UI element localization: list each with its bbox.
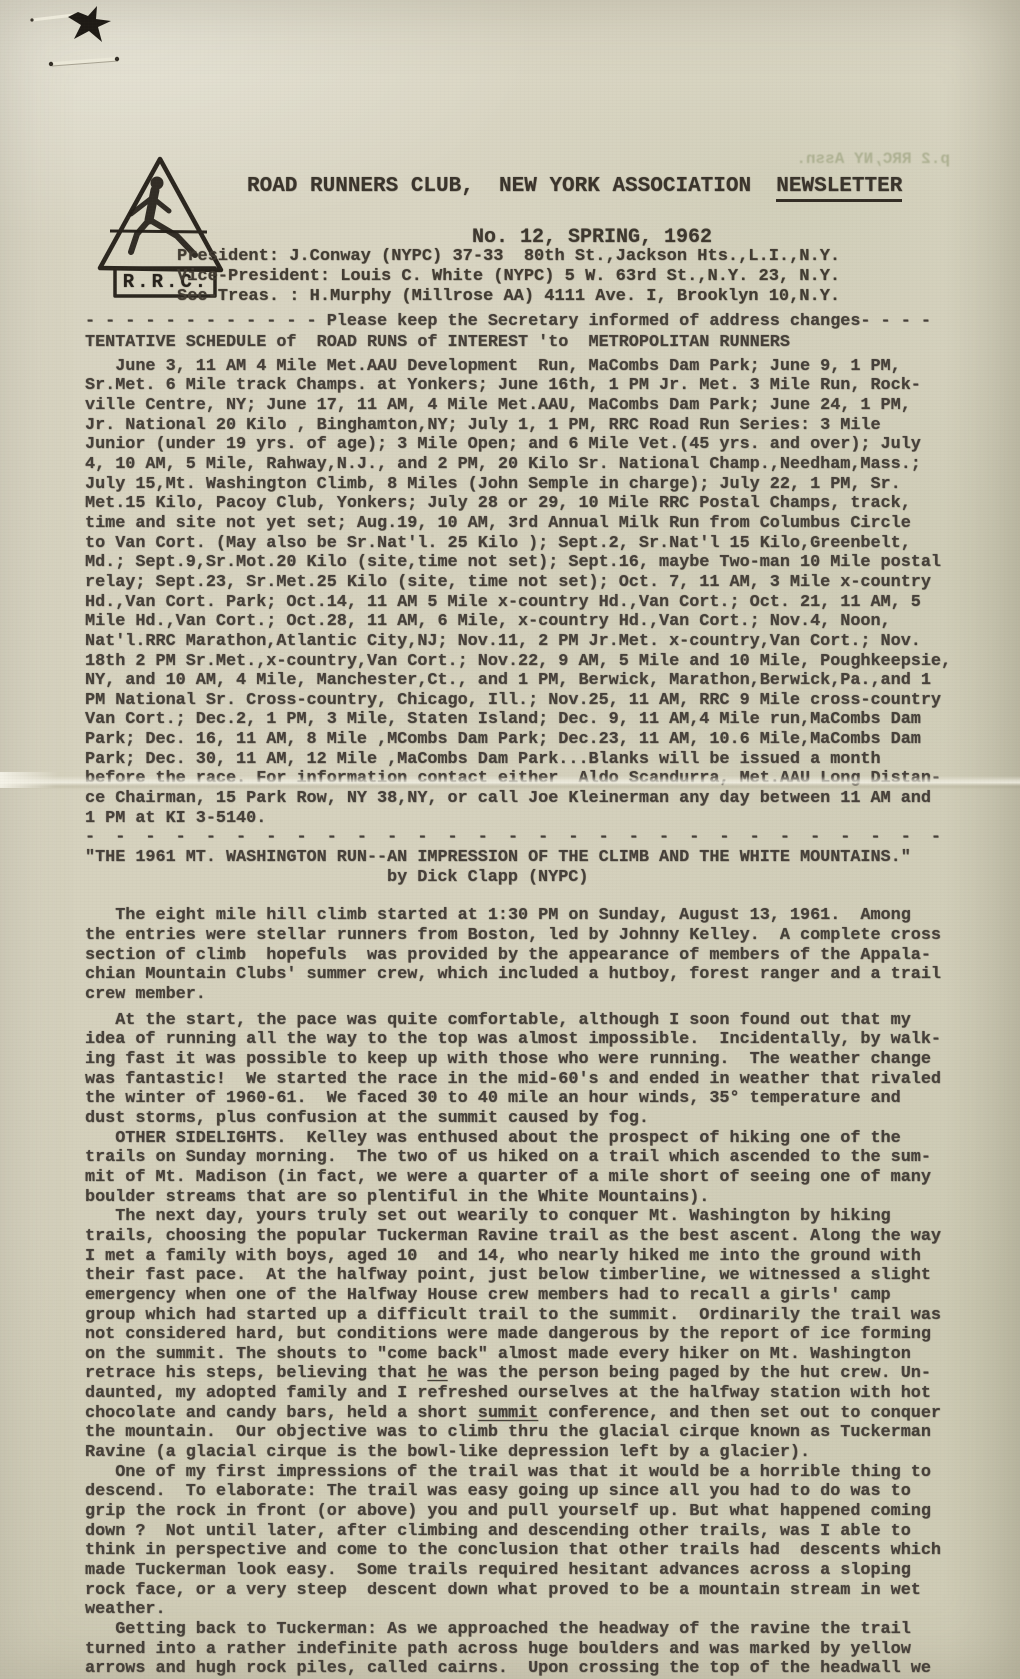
text-line: ville Centre, NY; June 17, 11 AM, 4 Mile…: [85, 396, 985, 416]
text-line: idea of running all the way to the top w…: [85, 1030, 985, 1050]
text-line: retrace his steps, believing that he was…: [85, 1364, 985, 1384]
text-line: trails, choosing the popular Tuckerman R…: [85, 1227, 985, 1247]
text-line: Sr.Met. 6 Mile track Champs. at Yonkers;…: [85, 376, 985, 396]
text-line: Sec-Treas. : H.Murphy (Millrose AA) 4111…: [177, 287, 840, 307]
text-line: rock face, or a very steep descent down …: [85, 1581, 985, 1601]
newsletter-page: R.R.C. p.2 RRC,NY Assn. ROAD RUNNERS CLU…: [0, 0, 1020, 1679]
bleed-through-text: p.2 RRC,NY Assn.: [700, 150, 950, 168]
schedule-heading: TENTATIVE SCHEDULE of ROAD RUNS of INTER…: [85, 333, 985, 353]
article-paragraph: At the start, the pace was quite comfort…: [85, 1011, 985, 1129]
text-line: June 3, 11 AM 4 Mile Met.AAU Development…: [85, 357, 985, 377]
article-title: "THE 1961 MT. WASHINGTON RUN--AN IMPRESS…: [85, 848, 985, 868]
address-change-notice: - - - - - - - - - - - - Please keep the …: [85, 312, 931, 331]
title-newsletter-underlined: NEWSLETTER: [776, 175, 902, 202]
text-line: Mile Hd.,Van Cort.; Oct.28, 11 AM, 6 Mil…: [85, 612, 985, 632]
text-line: The next day, yours truly set out wearil…: [85, 1207, 985, 1227]
text-line: think in perspective and come to the con…: [85, 1541, 985, 1561]
text-line: Hd.,Van Cort. Park; Oct.14, 11 AM 5 Mile…: [85, 593, 985, 613]
text-line: relay; Sept.23, Sr.Met.25 Kilo (site, ti…: [85, 573, 985, 593]
officer-lines: President: J.Conway (NYPC) 37-33 80th St…: [177, 247, 840, 307]
text-line: OTHER SIDELIGHTS. Kelley was enthused ab…: [85, 1129, 985, 1149]
text-line: 4, 10 AM, 5 Mile, Rahway,N.J., and 2 PM,…: [85, 455, 985, 475]
text-line: Jr. National 20 Kilo , Binghamton,NY; Ju…: [85, 416, 985, 436]
text-line: arrows and hugh rock piles, called cairn…: [85, 1659, 985, 1679]
text-line: the winter of 1960-61. We faced 30 to 40…: [85, 1089, 985, 1109]
text-line: The eight mile hill climb started at 1:3…: [85, 906, 985, 926]
text-line: ing fast it was possible to keep up with…: [85, 1050, 985, 1070]
underlined-word: he: [427, 1364, 447, 1383]
text-line: group which had started up a difficult t…: [85, 1306, 985, 1326]
text-line: I met a family with boys, aged 10 and 14…: [85, 1247, 985, 1267]
article-paragraph: The next day, yours truly set out wearil…: [85, 1207, 985, 1463]
underlined-word: summit: [478, 1404, 538, 1423]
staple-marks: [18, 2, 198, 82]
text-line: At the start, the pace was quite comfort…: [85, 1011, 985, 1031]
text-line: Nat'l.RRC Marathon,Atlantic City,NJ; Nov…: [85, 632, 985, 652]
newsletter-title: ROAD RUNNERS CLUB, NEW YORK ASSOCIATION …: [247, 175, 902, 198]
text-line: before the race. For information contact…: [85, 769, 985, 789]
article-paragraph: One of my first impressions of the trail…: [85, 1463, 985, 1620]
page-body: TENTATIVE SCHEDULE of ROAD RUNS of INTER…: [85, 333, 985, 1679]
text-line: One of my first impressions of the trail…: [85, 1463, 985, 1483]
text-line: made Tuckerman look easy. Some trails re…: [85, 1561, 985, 1581]
text-line: down ? Not until later, after climbing a…: [85, 1522, 985, 1542]
section-separator: - - - - - - - - - - - - - - - - - - - - …: [85, 828, 985, 848]
text-line: Met.15 Kilo, Pacoy Club, Yonkers; July 2…: [85, 494, 985, 514]
text-line: Md.; Sept.9,Sr.Mot.20 Kilo (site,time no…: [85, 553, 985, 573]
text-line: President: J.Conway (NYPC) 37-33 80th St…: [177, 247, 840, 267]
text-line: Park; Dec. 30, 11 AM, 12 Mile ,MaCombs D…: [85, 750, 985, 770]
text-line: Park; Dec. 16, 11 AM, 8 Mile ,MCombs Dam…: [85, 730, 985, 750]
text-line: grip the rock in front (or above) you an…: [85, 1502, 985, 1522]
text-line: to Van Cort. (May also be Sr.Nat'l. 25 K…: [85, 534, 985, 554]
text-line: Ravine (a glacial cirque is the bowl-lik…: [85, 1443, 985, 1463]
text-line: emergency when one of the Halfway House …: [85, 1286, 985, 1306]
text-line: Van Cort.; Dec.2, 1 PM, 3 Mile, Staten I…: [85, 710, 985, 730]
text-line: Junior (under 19 yrs. of age); 3 Mile Op…: [85, 435, 985, 455]
text-line: Getting back to Tuckerman: As we approac…: [85, 1620, 985, 1640]
text-line: crew member.: [85, 985, 985, 1005]
article-paragraph: Getting back to Tuckerman: As we approac…: [85, 1620, 985, 1679]
text-line: not considered hard, but conditions were…: [85, 1325, 985, 1345]
text-line: July 15,Mt. Washington Climb, 8 Miles (J…: [85, 475, 985, 495]
text-line: descend. To elaborate: The trail was eas…: [85, 1482, 985, 1502]
text-line: daunted, my adopted family and I refresh…: [85, 1384, 985, 1404]
text-line: Vice-President: Louis C. White (NYPC) 5 …: [177, 267, 840, 287]
text-line: was fantastic! We started the race in th…: [85, 1070, 985, 1090]
text-line: time and site not yet set; Aug.19, 10 AM…: [85, 514, 985, 534]
text-line: section of climb hopefuls was provided b…: [85, 946, 985, 966]
text-line: 1 PM at KI 3-5140.: [85, 809, 985, 829]
article-paragraph: OTHER SIDELIGHTS. Kelley was enthused ab…: [85, 1129, 985, 1208]
text-line: 18th 2 PM Sr.Met.,x-country,Van Cort.; N…: [85, 652, 985, 672]
ink-star-mark: [68, 6, 111, 42]
text-line: weather.: [85, 1600, 985, 1620]
text-line: the entries were stellar runners from Bo…: [85, 926, 985, 946]
issue-line: No. 12, SPRING, 1962: [472, 226, 712, 249]
text-line: dust storms, plus confusion at the summi…: [85, 1109, 985, 1129]
text-line: turned into a rather indefinite path acr…: [85, 1640, 985, 1660]
article-byline: by Dick Clapp (NYPC): [85, 868, 985, 888]
text-line: chocolate and candy bars, held a short s…: [85, 1404, 985, 1424]
text-line: mit of Mt. Madison (in fact, we were a q…: [85, 1168, 985, 1188]
text-line: chian Mountain Clubs' summer crew, which…: [85, 965, 985, 985]
title-main: ROAD RUNNERS CLUB, NEW YORK ASSOCIATION: [247, 175, 776, 198]
text-line: the mountain. Our objective was to climb…: [85, 1423, 985, 1443]
text-line: boulder streams that are so plentiful in…: [85, 1188, 985, 1208]
text-line: their fast pace. At the halfway point, j…: [85, 1266, 985, 1286]
text-line: ce Chairman, 15 Park Row, NY 38,NY, or c…: [85, 789, 985, 809]
article-paragraph: The eight mile hill climb started at 1:3…: [85, 906, 985, 1004]
text-line: NY, and 10 AM, 4 Mile, Manchester,Ct., a…: [85, 671, 985, 691]
text-line: PM National Sr. Cross-country, Chicago, …: [85, 691, 985, 711]
text-line: on the summit. The shouts to "come back"…: [85, 1345, 985, 1365]
text-line: trails on Sunday morning. The two of us …: [85, 1148, 985, 1168]
schedule-paragraph: June 3, 11 AM 4 Mile Met.AAU Development…: [85, 357, 985, 829]
